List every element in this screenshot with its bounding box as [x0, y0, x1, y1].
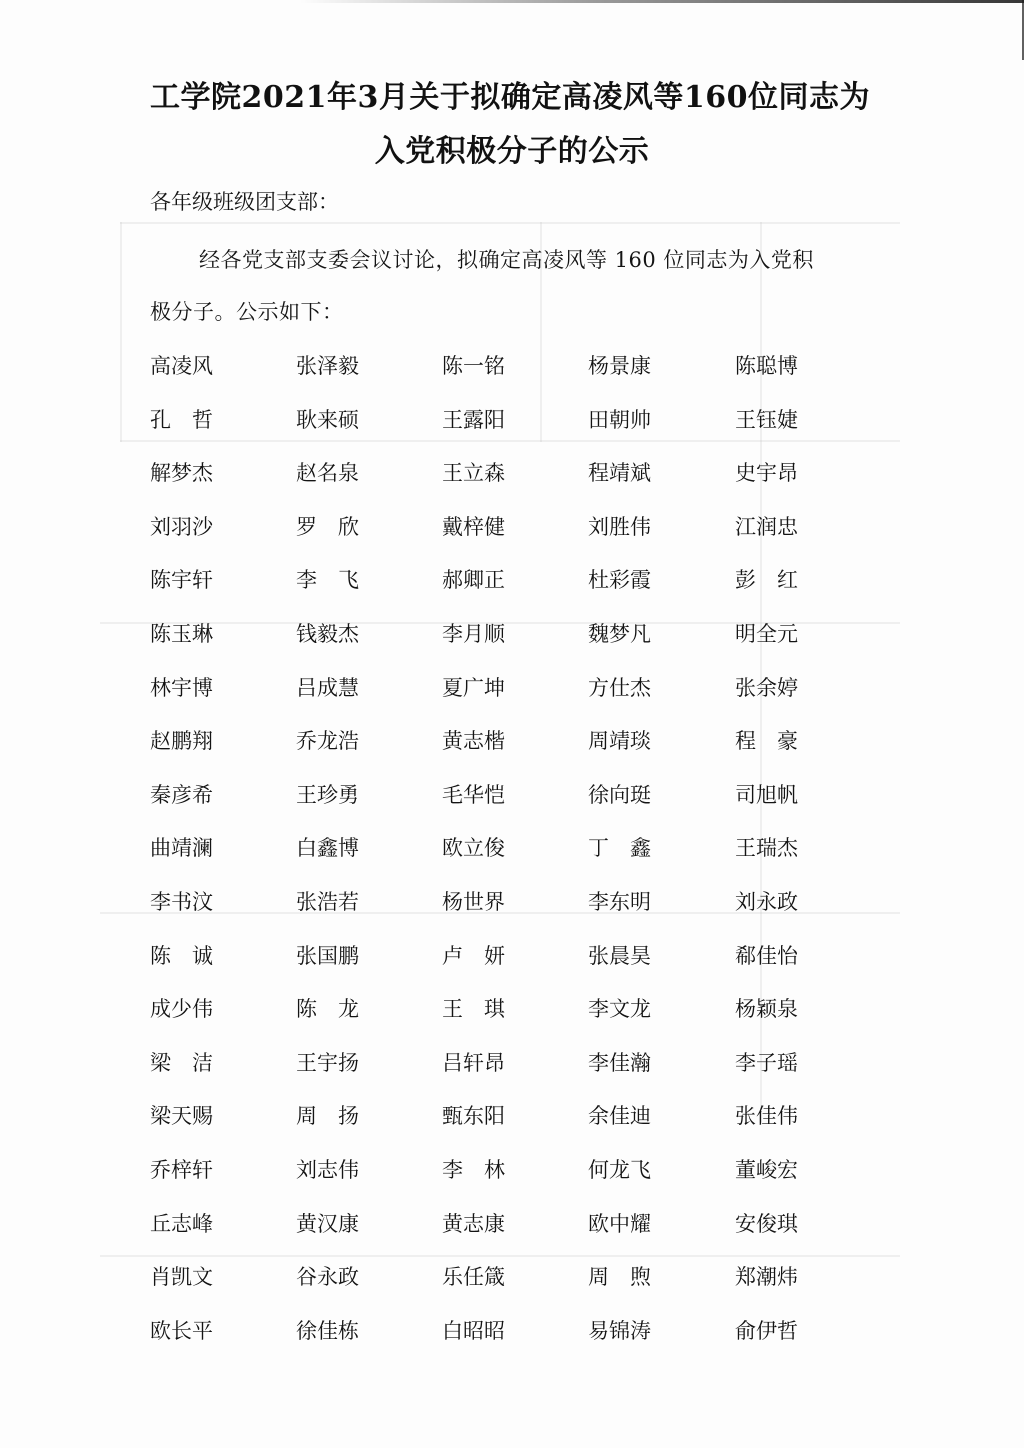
name-entry: 张余婷 — [735, 674, 798, 702]
document-title-line-2: 入党积极分子的公示 — [0, 134, 1024, 170]
names-row: 赵鹏翔乔龙浩黄志楷周靖琰程 豪 — [150, 727, 850, 781]
names-row: 梁 洁王宇扬吕轩昂李佳瀚李子瑶 — [150, 1049, 850, 1103]
names-row: 陈玉琳钱毅杰李月顺魏梦凡明全元 — [150, 620, 850, 674]
name-entry: 欧中耀 — [588, 1210, 651, 1238]
name-entry: 陈 诚 — [150, 942, 213, 970]
name-entry: 杜彩霞 — [588, 566, 651, 594]
name-entry: 江润忠 — [735, 513, 798, 541]
name-entry: 乐任箴 — [442, 1263, 505, 1291]
names-row: 丘志峰黄汉康黄志康欧中耀安俊琪 — [150, 1210, 850, 1264]
name-entry: 钱毅杰 — [296, 620, 359, 648]
name-entry: 乔龙浩 — [296, 727, 359, 755]
name-entry: 王珍勇 — [296, 781, 359, 809]
name-entry: 郑潮炜 — [735, 1263, 798, 1291]
name-entry: 耿来硕 — [296, 406, 359, 434]
name-entry: 赵名泉 — [296, 459, 359, 487]
name-entry: 李佳瀚 — [588, 1049, 651, 1077]
name-entry: 魏梦凡 — [588, 620, 651, 648]
name-entry: 郝卿正 — [442, 566, 505, 594]
name-entry: 周 扬 — [296, 1102, 359, 1130]
names-row: 林宇博吕成慧夏广坤方仕杰张余婷 — [150, 674, 850, 728]
name-entry: 俞伊哲 — [735, 1317, 798, 1345]
name-entry: 杨景康 — [588, 352, 651, 380]
name-entry: 黄志康 — [442, 1210, 505, 1238]
names-row: 孔 哲耿来硕王露阳田朝帅王钰婕 — [150, 406, 850, 460]
name-entry: 陈聪博 — [735, 352, 798, 380]
name-entry: 张浩若 — [296, 888, 359, 916]
name-entry: 解梦杰 — [150, 459, 213, 487]
name-entry: 欧立俊 — [442, 834, 505, 862]
names-row: 成少伟陈 龙王 琪李文龙杨颖泉 — [150, 995, 850, 1049]
names-row: 欧长平徐佳栋白昭昭易锦涛俞伊哲 — [150, 1317, 850, 1371]
name-entry: 周 煦 — [588, 1263, 651, 1291]
name-entry: 梁天赐 — [150, 1102, 213, 1130]
name-entry: 欧长平 — [150, 1317, 213, 1345]
name-entry: 甄东阳 — [442, 1102, 505, 1130]
name-entry: 罗 欣 — [296, 513, 359, 541]
names-row: 解梦杰赵名泉王立森程靖斌史宇昂 — [150, 459, 850, 513]
name-entry: 李月顺 — [442, 620, 505, 648]
name-entry: 李书汶 — [150, 888, 213, 916]
name-entry: 董峻宏 — [735, 1156, 798, 1184]
names-row: 肖凯文谷永政乐任箴周 煦郑潮炜 — [150, 1263, 850, 1317]
name-entry: 史宇昂 — [735, 459, 798, 487]
name-entry: 张晨昊 — [588, 942, 651, 970]
name-entry: 方仕杰 — [588, 674, 651, 702]
name-entry: 陈玉琳 — [150, 620, 213, 648]
body-paragraph-line-2: 极分子。公示如下： — [150, 298, 344, 326]
name-entry: 刘志伟 — [296, 1156, 359, 1184]
name-entry: 余佳迪 — [588, 1102, 651, 1130]
name-entry: 李东明 — [588, 888, 651, 916]
name-entry: 林宇博 — [150, 674, 213, 702]
name-entry: 杨颖泉 — [735, 995, 798, 1023]
names-row: 秦彦希王珍勇毛华恺徐向珽司旭帆 — [150, 781, 850, 835]
names-list: 高凌风张泽毅陈一铭杨景康陈聪博孔 哲耿来硕王露阳田朝帅王钰婕解梦杰赵名泉王立森程… — [150, 352, 850, 1370]
name-entry: 戴梓健 — [442, 513, 505, 541]
name-entry: 陈一铭 — [442, 352, 505, 380]
name-entry: 王立森 — [442, 459, 505, 487]
name-entry: 丁 鑫 — [588, 834, 651, 862]
name-entry: 陈 龙 — [296, 995, 359, 1023]
bleed-through-line — [120, 222, 122, 442]
name-entry: 杨世界 — [442, 888, 505, 916]
name-entry: 徐佳栋 — [296, 1317, 359, 1345]
name-entry: 肖凯文 — [150, 1263, 213, 1291]
name-entry: 明全元 — [735, 620, 798, 648]
name-entry: 秦彦希 — [150, 781, 213, 809]
name-entry: 王露阳 — [442, 406, 505, 434]
name-entry: 刘羽沙 — [150, 513, 213, 541]
name-entry: 高凌风 — [150, 352, 213, 380]
name-entry: 吕成慧 — [296, 674, 359, 702]
name-entry: 毛华恺 — [442, 781, 505, 809]
name-entry: 程 豪 — [735, 727, 798, 755]
names-row: 乔梓轩刘志伟李 林何龙飞董峻宏 — [150, 1156, 850, 1210]
name-entry: 谷永政 — [296, 1263, 359, 1291]
name-entry: 吕轩昂 — [442, 1049, 505, 1077]
names-row: 陈宇轩李 飞郝卿正杜彩霞彭 红 — [150, 566, 850, 620]
name-entry: 易锦涛 — [588, 1317, 651, 1345]
name-entry: 王钰婕 — [735, 406, 798, 434]
name-entry: 赵鹏翔 — [150, 727, 213, 755]
body-paragraph-line-1: 经各党支部支委会议讨论，拟确定高凌风等 160 位同志为入党积 — [199, 246, 814, 274]
name-entry: 黄志楷 — [442, 727, 505, 755]
name-entry: 梁 洁 — [150, 1049, 213, 1077]
name-entry: 司旭帆 — [735, 781, 798, 809]
name-entry: 夏广坤 — [442, 674, 505, 702]
names-row: 陈 诚张国鹏卢 妍张晨昊郗佳怡 — [150, 942, 850, 996]
name-entry: 陈宇轩 — [150, 566, 213, 594]
name-entry: 白鑫博 — [296, 834, 359, 862]
name-entry: 张泽毅 — [296, 352, 359, 380]
names-row: 李书汶张浩若杨世界李东明刘永政 — [150, 888, 850, 942]
name-entry: 成少伟 — [150, 995, 213, 1023]
name-entry: 李文龙 — [588, 995, 651, 1023]
salutation: 各年级班级团支部： — [150, 188, 339, 216]
name-entry: 王 琪 — [442, 995, 505, 1023]
name-entry: 王宇扬 — [296, 1049, 359, 1077]
names-row: 曲靖澜白鑫博欧立俊丁 鑫王瑞杰 — [150, 834, 850, 888]
name-entry: 何龙飞 — [588, 1156, 651, 1184]
name-entry: 乔梓轩 — [150, 1156, 213, 1184]
name-entry: 白昭昭 — [442, 1317, 505, 1345]
names-row: 梁天赐周 扬甄东阳余佳迪张佳伟 — [150, 1102, 850, 1156]
name-entry: 程靖斌 — [588, 459, 651, 487]
name-entry: 安俊琪 — [735, 1210, 798, 1238]
name-entry: 孔 哲 — [150, 406, 213, 434]
names-row: 刘羽沙罗 欣戴梓健刘胜伟江润忠 — [150, 513, 850, 567]
name-entry: 郗佳怡 — [735, 942, 798, 970]
name-entry: 彭 红 — [735, 566, 798, 594]
name-entry: 李 飞 — [296, 566, 359, 594]
scanned-page: 工学院2021年3月关于拟确定高凌风等160位同志为 入党积极分子的公示 各年级… — [0, 0, 1024, 1448]
name-entry: 田朝帅 — [588, 406, 651, 434]
name-entry: 徐向珽 — [588, 781, 651, 809]
name-entry: 丘志峰 — [150, 1210, 213, 1238]
scan-edge-top — [300, 0, 1024, 3]
name-entry: 李 林 — [442, 1156, 505, 1184]
name-entry: 卢 妍 — [442, 942, 505, 970]
name-entry: 刘永政 — [735, 888, 798, 916]
name-entry: 黄汉康 — [296, 1210, 359, 1238]
document-title-line-1: 工学院2021年3月关于拟确定高凌风等160位同志为 — [128, 80, 896, 116]
names-row: 高凌风张泽毅陈一铭杨景康陈聪博 — [150, 352, 850, 406]
name-entry: 曲靖澜 — [150, 834, 213, 862]
name-entry: 王瑞杰 — [735, 834, 798, 862]
name-entry: 李子瑶 — [735, 1049, 798, 1077]
name-entry: 张国鹏 — [296, 942, 359, 970]
bleed-through-line — [120, 222, 900, 224]
name-entry: 刘胜伟 — [588, 513, 651, 541]
name-entry: 张佳伟 — [735, 1102, 798, 1130]
name-entry: 周靖琰 — [588, 727, 651, 755]
